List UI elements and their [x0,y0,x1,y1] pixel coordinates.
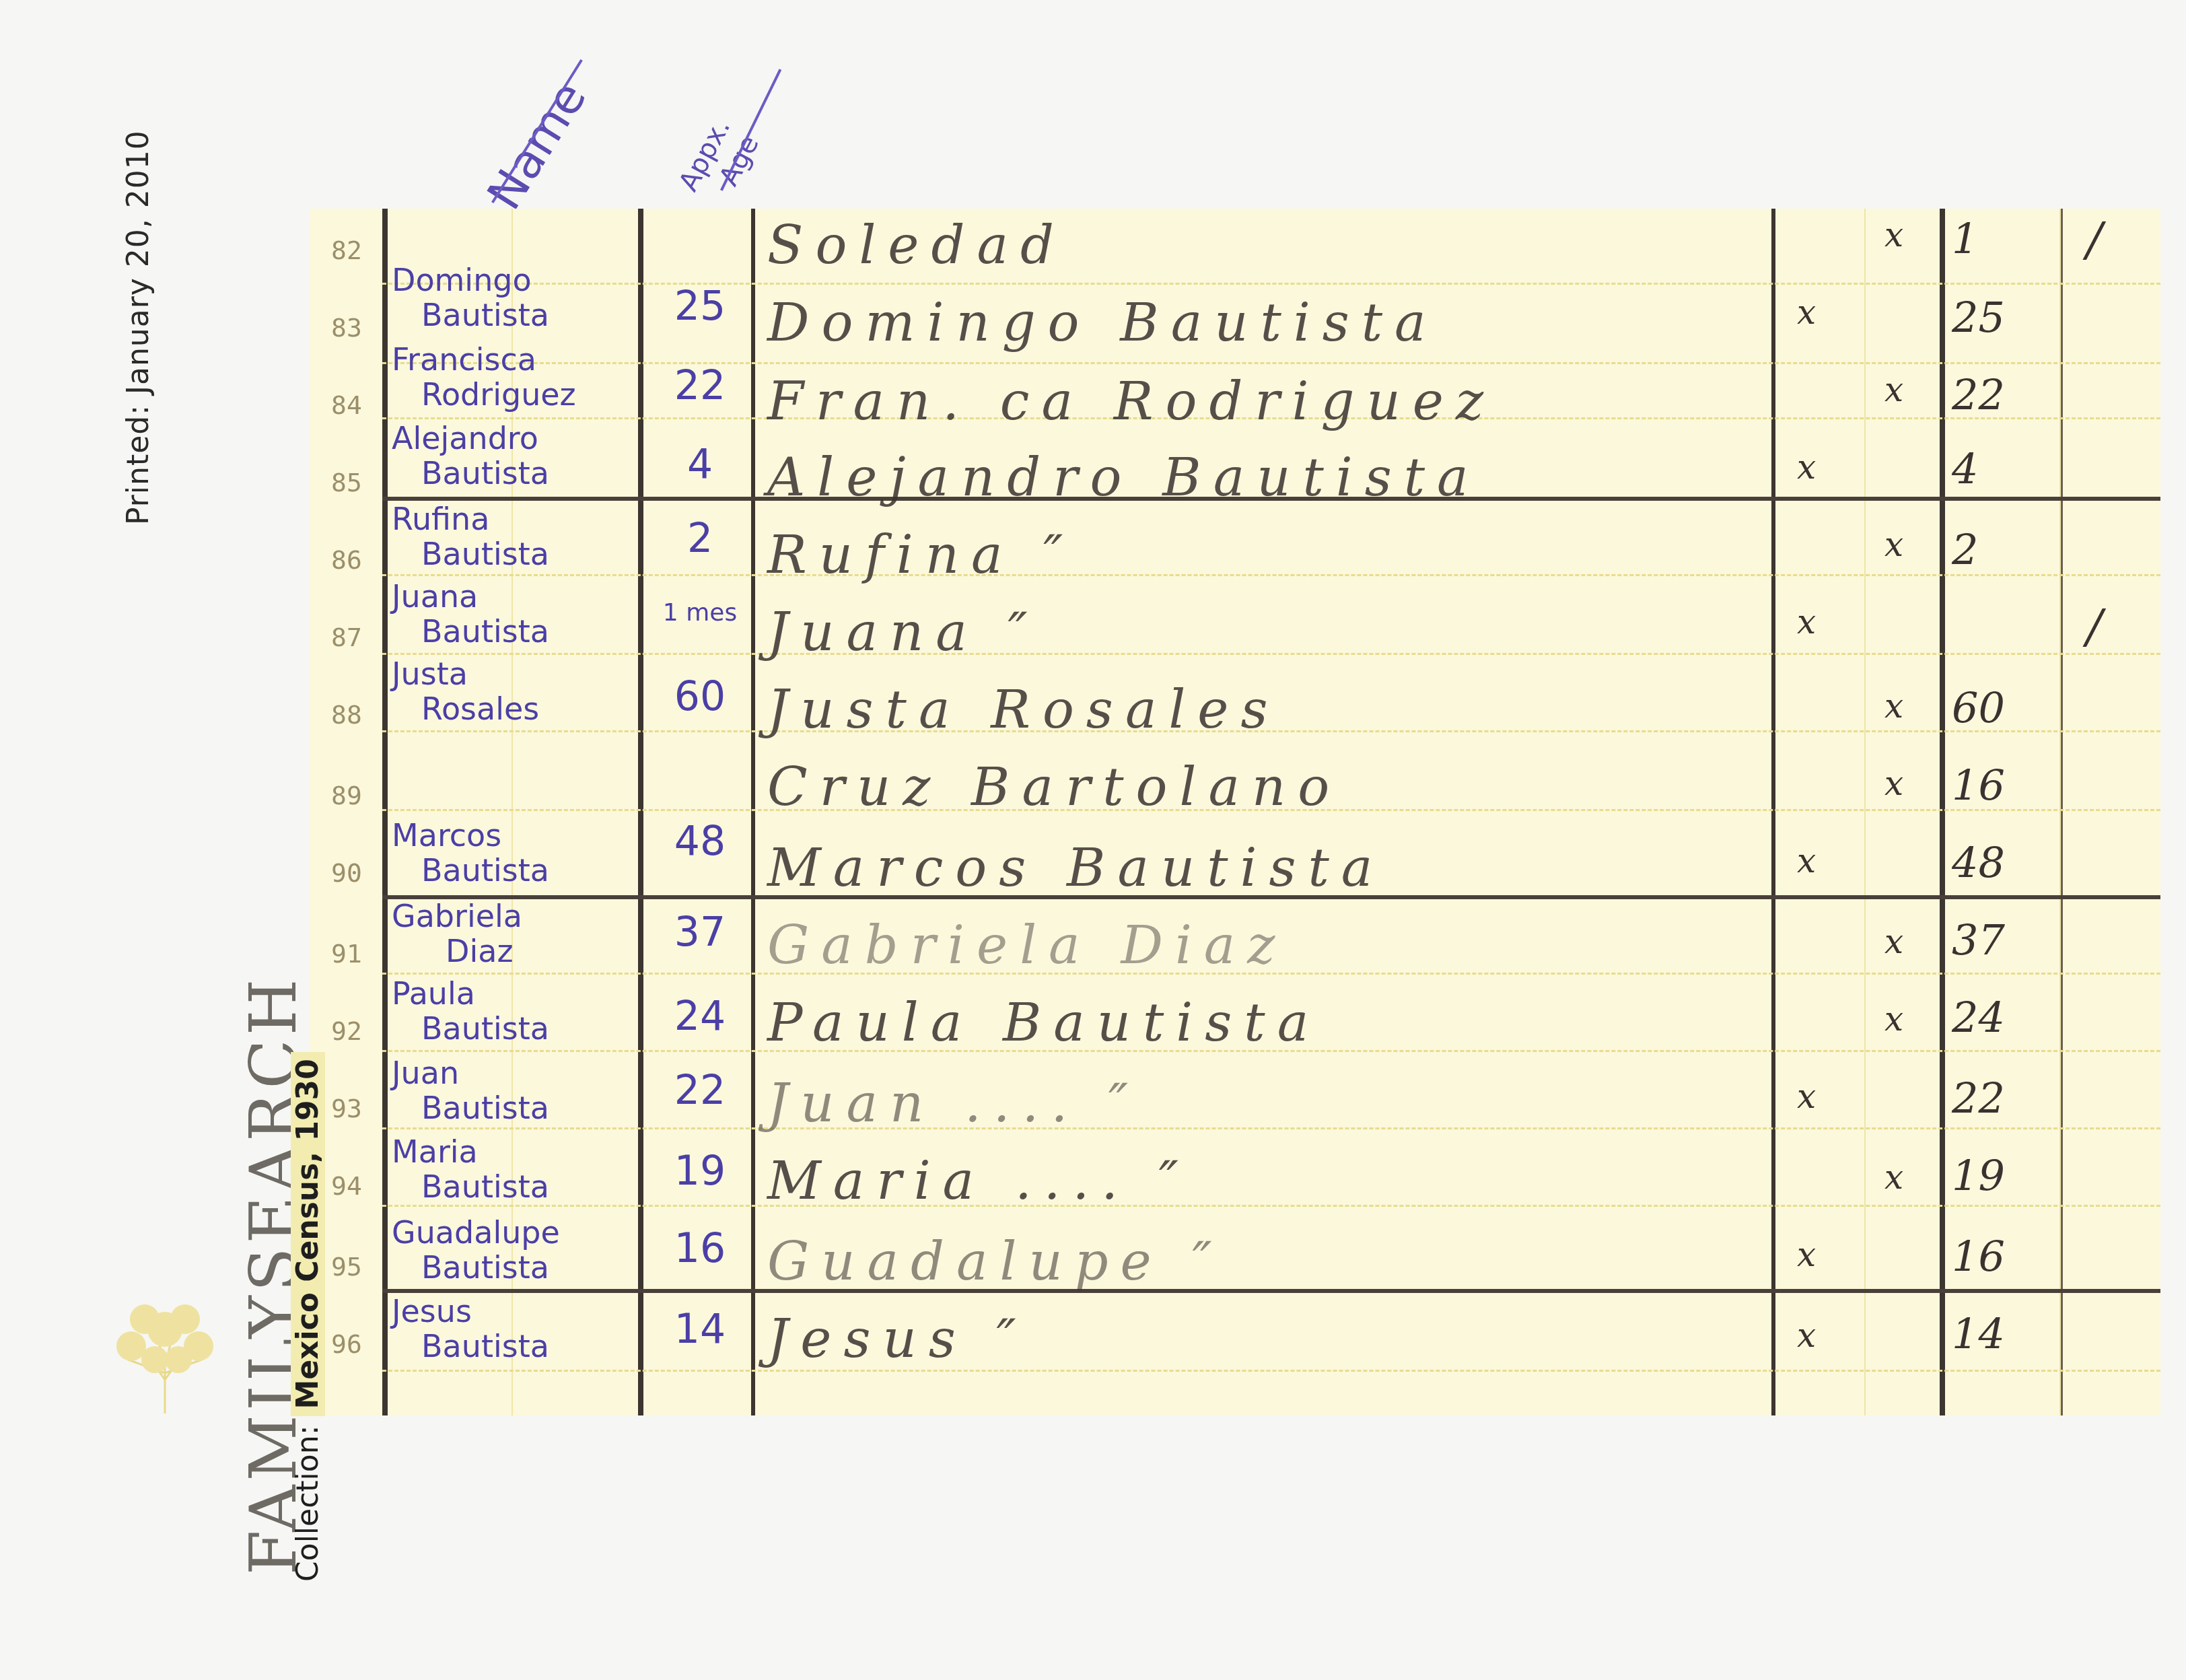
row-number: 91 [316,939,377,969]
name-entry: JuanaBautista [392,579,661,649]
sex-mark-f: x [1884,922,1903,961]
last-name: Bautista [392,1169,661,1204]
row-number: 87 [316,623,377,652]
row-number: 85 [316,468,377,497]
first-name: Rufina [392,501,489,537]
name-entry: GuadalupeBautista [392,1215,661,1285]
original-entry: Domingo Bautista [767,293,1763,353]
first-name: Jesus [392,1293,472,1329]
original-entry: Guadalupe ″ [767,1232,1763,1292]
row-number: 89 [316,781,377,810]
sex-mark-m: x [1797,841,1816,880]
sex-mark-f: x [1884,1000,1903,1039]
row-line [382,1370,2160,1372]
sex-mark-m: x [1797,448,1816,487]
sex-mark-f: x [1884,370,1903,409]
original-age: 14 [1952,1309,2046,1358]
row-number: 95 [316,1252,377,1282]
row-number: 83 [316,313,377,343]
original-entry: Cruz Bartolano [767,757,1763,818]
sex-mark-m: x [1797,1235,1816,1274]
approx-age: 25 [646,283,754,330]
approx-age: 37 [646,909,754,956]
original-entry: Maria .... ″ [767,1151,1763,1212]
last-name: Bautista [392,297,661,332]
last-name: Rodriguez [392,377,661,412]
row-number: 93 [316,1094,377,1123]
approx-age: 24 [646,993,754,1040]
original-age: 19 [1952,1151,2046,1200]
row-number: 94 [316,1171,377,1201]
row-number: 84 [316,390,377,420]
name-entry: GabrielaDiaz [392,899,661,969]
last-name: Bautista [392,1090,661,1125]
original-entry: Justa Rosales [767,680,1763,740]
sex-mark-m: x [1797,1316,1816,1355]
first-name: Paula [392,975,475,1012]
sex-mark-m: x [1797,293,1816,332]
original-age: 16 [1952,761,2046,810]
name-entry: FranciscaRodriguez [392,342,661,412]
first-name: Juan [392,1055,459,1091]
last-name: Bautista [392,1011,661,1046]
approx-age: 16 [646,1225,754,1272]
column-divider-age2 [2061,209,2063,1415]
census-page: 82 83 84 85 86 87 88 89 90 91 92 93 94 9… [310,209,2160,1415]
original-entry: Soledad [767,215,1763,276]
original-age: 1 [1952,214,2046,263]
grid-guide [1864,209,1866,1415]
last-name: Bautista [392,614,661,649]
row-number: 92 [316,1016,377,1046]
approx-age: 1 mes [646,599,754,627]
original-age: 4 [1952,444,2046,493]
sex-mark-f: x [1884,1158,1903,1197]
original-age: 22 [1952,370,2046,419]
printed-date: Printed: January 20, 2010 [121,130,155,525]
approx-age: 4 [646,441,754,488]
collection-label: Collection: Mexico Census, 1930 [291,1052,325,1582]
name-entry: JustaRosales [392,656,661,726]
last-name: Bautista [392,1329,661,1364]
approx-age: 48 [646,818,754,865]
first-name: Francisca [392,341,536,378]
original-entry: Fran. ca Rodriguez [767,372,1763,432]
column-divider-marks [1940,209,1945,1415]
first-name: Juana [392,578,478,615]
original-age: 60 [1952,683,2046,732]
sex-mark-f: x [1884,764,1903,803]
column-divider-original [1771,209,1775,1415]
approx-age: 22 [646,1067,754,1114]
original-entry: Marcos Bautista [767,838,1763,899]
original-age: 48 [1952,838,2046,887]
name-entry: JesusBautista [392,1294,661,1364]
first-name: Guadalupe [392,1214,560,1251]
approx-age: 19 [646,1148,754,1195]
original-age: 37 [1952,915,2046,965]
original-age: 16 [1952,1232,2046,1281]
approx-age: 14 [646,1306,754,1353]
original-entry: Alejandro Bautista [767,448,1763,508]
first-name: Justa [392,656,468,692]
last-name: Bautista [392,536,661,571]
sex-mark-m: x [1797,602,1816,641]
first-name: Domingo [392,262,532,298]
row-number: 90 [316,858,377,888]
original-age: 22 [1952,1074,2046,1123]
sex-mark-m: x [1797,1077,1816,1116]
row-number: 82 [316,236,377,265]
sex-mark-f: x [1884,215,1903,254]
last-name: Bautista [392,456,661,491]
first-name: Gabriela [392,898,522,934]
name-entry: RufinaBautista [392,501,661,571]
sex-mark-f: x [1884,687,1903,726]
sex-mark-f: x [1884,525,1903,564]
original-entry: Juana ″ [767,602,1763,663]
first-name: Marcos [392,817,501,853]
last-name: Rosales [392,691,661,726]
column-divider-rownum [382,209,388,1415]
tally-mark: / [2086,599,2103,654]
approx-age: 2 [646,515,754,562]
name-entry: MariaBautista [392,1134,661,1204]
original-entry: Juan .... ″ [767,1074,1763,1134]
first-name: Alejandro [392,420,538,456]
name-entry: JuanBautista [392,1055,661,1125]
row-number: 88 [316,700,377,730]
name-entry: PaulaBautista [392,976,661,1046]
row-number: 96 [316,1329,377,1359]
original-entry: Gabriela Diaz [767,915,1763,976]
original-age: 2 [1952,525,2046,574]
approx-age: 60 [646,673,754,720]
last-name: Bautista [392,1250,661,1285]
original-entry: Rufina ″ [767,525,1763,586]
original-entry: Paula Bautista [767,993,1763,1053]
name-entry: MarcosBautista [392,818,661,888]
row-number: 86 [316,545,377,575]
original-age: 25 [1952,293,2046,342]
familysearch-tree-icon [114,1299,215,1413]
last-name: Diaz [392,934,661,969]
collection-name: Mexico Census, 1930 [291,1052,325,1415]
approx-age: 22 [646,362,754,409]
tally-mark: / [2086,212,2103,267]
last-name: Bautista [392,853,661,888]
original-age: 24 [1952,993,2046,1042]
name-entry: DomingoBautista [392,262,661,332]
name-entry: AlejandroBautista [392,421,661,491]
collection-prefix: Collection: [291,1426,325,1582]
original-entry: Jesus ″ [767,1309,1763,1370]
first-name: Maria [392,1133,478,1170]
